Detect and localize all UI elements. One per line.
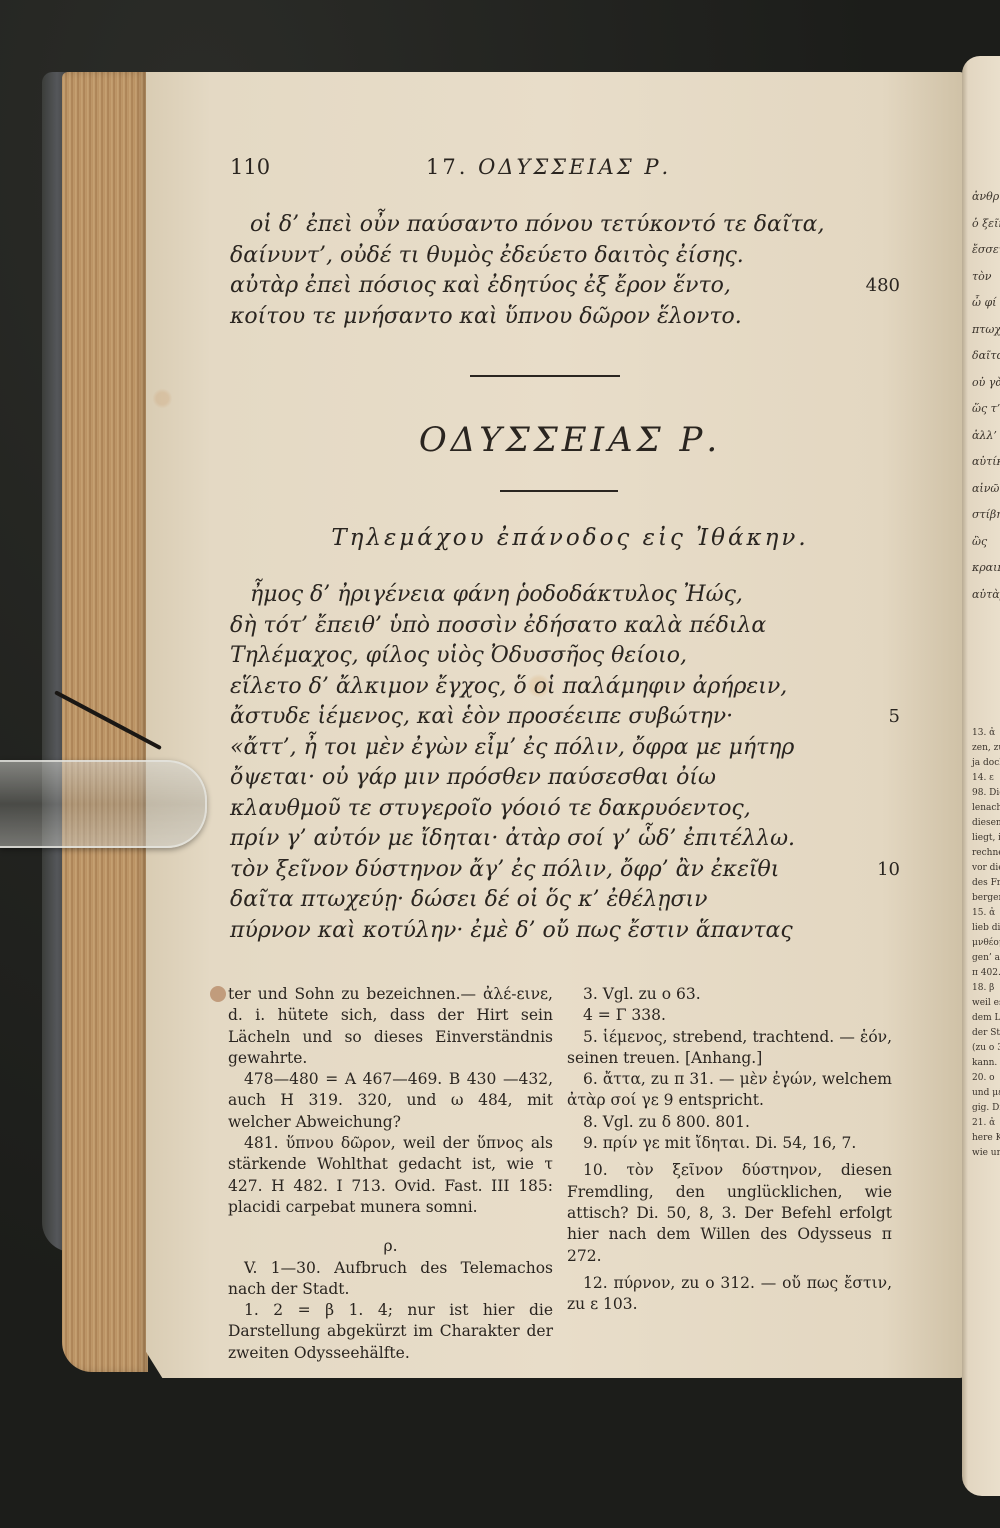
divider-rule-bottom <box>500 490 618 492</box>
running-title-text: ΟΔΥΣΣΕΙΑΣ Ρ. <box>478 155 671 179</box>
text-fragment: kann. <box>972 1056 1000 1071</box>
text-fragment: bergen. <box>972 891 1000 906</box>
text-fragment: 15. ἀ <box>972 906 1000 921</box>
commentary-note: V. 1—30. Aufbruch des Telemachos nach de… <box>228 1258 553 1301</box>
verse-line: «ἄττ’, ἦ τοι μὲν ἐγὼν εἶμ’ ἐς πόλιν, ὄφρ… <box>230 733 910 764</box>
text-fragment: αἰνῶς <box>972 476 1000 503</box>
text-fragment: ὣς <box>972 529 1000 556</box>
text-fragment: lenachos <box>972 801 1000 816</box>
opening-verses-book-17: ἦμος δ’ ἠριγένεια φάνη ῥοδοδάκτυλος Ἠώς,… <box>230 580 910 946</box>
text-fragment: ἔσσετ <box>972 237 1000 264</box>
text-fragment: 18. β <box>972 981 1000 996</box>
verse-text: δαῖτα πτωχεύῃ· δώσει δέ οἱ ὅς κ’ ἐθέλῃσι… <box>230 887 708 912</box>
text-fragment: diesem <box>972 816 1000 831</box>
running-head: 110 17. ΟΔΥΣΣΕΙΑΣ Ρ. <box>230 155 930 185</box>
verse-text: οἱ δ’ ἐπεὶ οὖν παύσαντο πόνου τετύκοντό … <box>250 212 825 237</box>
text-fragment: und μέν <box>972 1086 1000 1101</box>
verse-line: κλαυθμοῦ τε στυγεροῖο γόοιό τε δακρυόεντ… <box>230 794 910 825</box>
commentary-note: 5. ἱέμενος, strebend, trachtend. — ἑόν, … <box>567 1027 892 1070</box>
text-fragment: weil es <box>972 996 1000 1011</box>
text-fragment: rechnete <box>972 846 1000 861</box>
text-fragment: here Ke <box>972 1131 1000 1146</box>
clear-plastic-bookmark <box>0 760 207 848</box>
text-fragment: 20. ο <box>972 1071 1000 1086</box>
verse-line: οἱ δ’ ἐπεὶ οὖν παύσαντο πόνου τετύκοντό … <box>230 210 910 241</box>
book-subtitle: Τηλεμάχου ἐπάνοδος εἰς Ἰθάκην. <box>230 525 930 551</box>
verse-text: Τηλέμαχος, φίλος υἱὸς Ὀδυσσῆος θείοιο, <box>230 643 687 668</box>
verse-text: εἵλετο δ’ ἄλκιμον ἔγχος, ὅ οἱ παλάμηφιν … <box>230 674 787 699</box>
text-fragment: αὐτὰρ <box>972 582 1000 609</box>
stain-mark <box>210 986 226 1002</box>
text-fragment: 13. ἀ <box>972 726 1000 741</box>
verse-text: ἦμος δ’ ἠριγένεια φάνη ῥοδοδάκτυλος Ἠώς, <box>250 582 743 607</box>
closing-verses-book-16: οἱ δ’ ἐπεὶ οὖν παύσαντο πόνου τετύκοντό … <box>230 210 910 332</box>
text-fragment: μνθέομ <box>972 936 1000 951</box>
verse-text: πύρνον καὶ κοτύλην· ἐμὲ δ’ οὔ πως ἔστιν … <box>230 918 793 943</box>
text-fragment: δαῖτα <box>972 343 1000 370</box>
verse-text: αὐτὰρ ἐπεὶ πόσιος καὶ ἐδητύος ἐξ ἔρον ἕν… <box>230 273 731 298</box>
facing-page-note-fragments: 13. ἀzen, zuja doch14. ε98. Dielenachosd… <box>972 726 1000 1161</box>
verse-text: «ἄττ’, ἦ τοι μὲν ἐγὼν εἶμ’ ἐς πόλιν, ὄφρ… <box>230 735 794 760</box>
verse-text: ὄψεται· οὐ γάρ μιν πρόσθεν παύσεσθαι ὀίω <box>230 765 716 790</box>
verse-text: κλαυθμοῦ τε στυγεροῖο γόοιό τε δακρυόεντ… <box>230 796 751 821</box>
verse-line: δαῖτα πτωχεύῃ· δώσει δέ οἱ ὅς κ’ ἐθέλῃσι… <box>230 885 910 916</box>
text-fragment: gig. Di. <box>972 1101 1000 1116</box>
verse-line: Τηλέμαχος, φίλος υἱὸς Ὀδυσσῆος θείοιο, <box>230 641 910 672</box>
line-number: 10 <box>877 855 900 886</box>
commentary-note: 4 = Γ 338. <box>567 1005 892 1026</box>
text-fragment: lieb di <box>972 921 1000 936</box>
verse-line: ὄψεται· οὐ γάρ μιν πρόσθεν παύσεσθαι ὀίω <box>230 763 910 794</box>
verse-text: δὴ τότ’ ἔπειθ’ ὑπὸ ποσσὶν ἐδήσατο καλὰ π… <box>230 613 766 638</box>
verse-line: δὴ τότ’ ἔπειθ’ ὑπὸ ποσσὶν ἐδήσατο καλὰ π… <box>230 611 910 642</box>
verse-text: πρίν γ’ αὐτόν με ἴδηται· ἀτὰρ σοί γ’ ὧδ’… <box>230 826 795 851</box>
text-fragment: liegt, is <box>972 831 1000 846</box>
text-fragment: 14. ε <box>972 771 1000 786</box>
text-fragment: zen, zu <box>972 741 1000 756</box>
text-fragment: der Sta <box>972 1026 1000 1041</box>
book-title: ΟΔΥΣΣΕΙΑΣ Ρ. <box>230 420 910 460</box>
text-fragment: οὐ γὰρ <box>972 370 1000 397</box>
commentary-note: 12. πύρνον, zu ο 312. — οὔ πως ἔστιν, zu… <box>567 1273 892 1316</box>
text-fragment: ὁ ξεῖν <box>972 211 1000 238</box>
commentary-note: ter und Sohn zu bezeichnen.— ἀλέ-εινε, d… <box>228 984 553 1069</box>
text-fragment: στίβη <box>972 502 1000 529</box>
line-number: 480 <box>866 271 900 302</box>
commentary-note: 10. τὸν ξεῖνον δύστηνον, diesen Fremdlin… <box>567 1160 892 1266</box>
commentary-note: 481. ὕπνου δῶρον, weil der ὕπνος als stä… <box>228 1133 553 1218</box>
text-fragment: αὐτίκ’ <box>972 449 1000 476</box>
commentary-note: 8. Vgl. zu δ 800. 801. <box>567 1112 892 1133</box>
verse-line: δαίνυντ’, οὐδέ τι θυμὸς ἐδεύετο δαιτὸς ἐ… <box>230 241 910 272</box>
text-fragment: ἀνθρ <box>972 184 1000 211</box>
text-fragment: ὥς τ’ <box>972 396 1000 423</box>
verse-text: τὸν ξεῖνον δύστηνον ἄγ’ ἐς πόλιν, ὄφρ’ ἂ… <box>230 857 779 882</box>
text-fragment: des Fre <box>972 876 1000 891</box>
commentary-left-column: ter und Sohn zu bezeichnen.— ἀλέ-εινε, d… <box>228 984 553 1364</box>
verse-line: πρίν γ’ αὐτόν με ἴδηται· ἀτὰρ σοί γ’ ὧδ’… <box>230 824 910 855</box>
commentary-note: 9. πρίν γε mit ἴδηται. Di. 54, 16, 7. <box>567 1133 892 1154</box>
text-fragment: ὦ φί <box>972 290 1000 317</box>
text-fragment: wie un <box>972 1146 1000 1161</box>
text-fragment: dem La <box>972 1011 1000 1026</box>
divider-rule-top <box>470 375 620 377</box>
verse-line: κοίτου τε μνήσαντο καὶ ὕπνου δῶρον ἕλοντ… <box>230 302 910 333</box>
facing-page-verse-fragments: ἀνθρὁ ξεῖνἔσσεττὸνὦ φίπτωχδαῖταοὐ γὰρὥς … <box>972 184 1000 608</box>
verse-line: τὸν ξεῖνον δύστηνον ἄγ’ ἐς πόλιν, ὄφρ’ ἂ… <box>230 855 910 886</box>
section-marker: ρ. <box>228 1236 553 1257</box>
verse-line: αὐτὰρ ἐπεὶ πόσιος καὶ ἐδητύος ἐξ ἔρον ἕν… <box>230 271 910 302</box>
page-number: 110 <box>230 155 270 179</box>
text-fragment: τὸν <box>972 264 1000 291</box>
book-number: 17. <box>426 155 468 179</box>
text-fragment: 98. Die <box>972 786 1000 801</box>
text-fragment: 21. ἀ <box>972 1116 1000 1131</box>
text-fragment: ἀλλ’ ἔ <box>972 423 1000 450</box>
verse-text: δαίνυντ’, οὐδέ τι θυμὸς ἐδεύετο δαιτὸς ἐ… <box>230 243 744 268</box>
running-title: 17. ΟΔΥΣΣΕΙΑΣ Ρ. <box>426 155 671 179</box>
commentary-note: 3. Vgl. zu ο 63. <box>567 984 892 1005</box>
verse-line: εἵλετο δ’ ἄλκιμον ἔγχος, ὅ οἱ παλάμηφιν … <box>230 672 910 703</box>
line-number: 5 <box>889 702 900 733</box>
commentary-note: 1. 2 = β 1. 4; nur ist hier die Darstell… <box>228 1300 553 1364</box>
text-fragment: vor dies <box>972 861 1000 876</box>
commentary-note: 6. ἄττα, zu π 31. — μὲν ἐγών, welchem ἀτ… <box>567 1069 892 1112</box>
text-fragment: (zu ο 31 <box>972 1041 1000 1056</box>
verse-line: ἦμος δ’ ἠριγένεια φάνη ῥοδοδάκτυλος Ἠώς, <box>230 580 910 611</box>
text-fragment: π 402. <box>972 966 1000 981</box>
verse-text: κοίτου τε μνήσαντο καὶ ὕπνου δῶρον ἕλοντ… <box>230 304 742 329</box>
commentary-note: 478—480 = Α 467—469. Β 430 —432, auch Η … <box>228 1069 553 1133</box>
verse-line: πύρνον καὶ κοτύλην· ἐμὲ δ’ οὔ πως ἔστιν … <box>230 916 910 947</box>
facing-page-edge: ἀνθρὁ ξεῖνἔσσεττὸνὦ φίπτωχδαῖταοὐ γὰρὥς … <box>962 56 1000 1496</box>
text-fragment: gen’ als <box>972 951 1000 966</box>
page-edges-stack <box>62 72 148 1372</box>
text-fragment: κραιπν <box>972 555 1000 582</box>
commentary-right-column: 3. Vgl. zu ο 63.4 = Γ 338.5. ἱέμενος, st… <box>567 984 892 1315</box>
verse-line: ἄστυδε ἱέμενος, καὶ ἑὸν προσέειπε συβώτη… <box>230 702 910 733</box>
text-fragment: ja doch <box>972 756 1000 771</box>
text-fragment: πτωχ <box>972 317 1000 344</box>
verse-text: ἄστυδε ἱέμενος, καὶ ἑὸν προσέειπε συβώτη… <box>230 704 733 729</box>
